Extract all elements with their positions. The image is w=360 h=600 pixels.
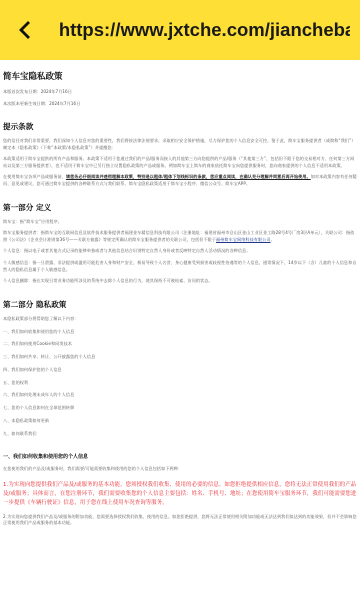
provider-pre: 简车宝服务提供者：指简车宝的互联网信息及软件技术服务提供者福建金车精信息科技有限… — [3, 230, 354, 242]
optional-info-notice: 2.为实现向您提供我们产品及/或服务的附加功能，您需要选择授权我们收集、使用的信… — [3, 514, 357, 527]
top-bar: https://www.jxtche.com/jianchebа... — [0, 0, 360, 60]
toc-item: 三、我们如何共享、转让、公开披露您的个人信息 — [3, 354, 357, 361]
intro-p3-emphasis: 请您务必仔细阅读并透彻理解本政策，特别是以粗体/粗体下划线标识的条款，您应重点阅… — [66, 174, 311, 179]
chevron-left-icon — [18, 21, 30, 39]
intro-paragraph-1: 您的信任对我们非常重要，我们深知个人信息对您的重要性，我们将按法律法规要求，采取… — [3, 138, 357, 151]
section-heading-part2: 第二部分 隐私政策 — [3, 299, 357, 310]
published-date: 本版首次发布日期：2024年7月16日 — [3, 89, 357, 95]
toc-item: 九、如何联系我们 — [3, 431, 357, 438]
toc-item: 八、本隐私政策如何更新 — [3, 418, 357, 425]
toc-item: 六、我们如何处理未成年人的个人信息 — [3, 392, 357, 399]
section-heading-part1: 第一部分 定义 — [3, 202, 357, 213]
toc-item: 四、我们如何保护您的个人信息 — [3, 367, 357, 374]
collect-intro: 在您使用我们的产品及/或服务时，我们需要/可能需要收集和使用的您的个人信息包括如… — [3, 466, 357, 473]
definition-provider: 简车宝服务提供者：指简车宝的互联网信息及软件技术服务提供者福建金车精信息科技有限… — [3, 230, 357, 243]
intro-paragraph-2: 本政策适用于简车宝提供的所有产品和服务。本政策不适用于您通过我们的产品/服务而接… — [3, 156, 357, 169]
intro-p3-pre: 在使用简车宝各项产品或服务前， — [3, 174, 66, 179]
required-info-notice: 1.为实现向您提供我们产品及/或服务的基本功能，您须授权我们收集、使用的必要的信… — [3, 481, 357, 509]
policy-content[interactable]: 简车宝隐私政策 本版首次发布日期：2024年7月16日 本次版本更新生效日期：2… — [0, 60, 360, 600]
table-of-contents: 本隐私政策部分将帮助您了解以下内容： 一、我们如何收集和使用您的个人信息 二、我… — [3, 316, 357, 438]
toc-intro: 本隐私政策部分将帮助您了解以下内容： — [3, 316, 357, 323]
document-title: 简车宝隐私政策 — [3, 70, 357, 82]
intro-paragraph-3: 在使用简车宝各项产品或服务前，请您务必仔细阅读并透彻理解本政策，特别是以粗体/粗… — [3, 174, 357, 187]
definition-app: 简车宝：指“简车宝”应用程序。 — [3, 219, 357, 226]
page-url-title: https://www.jxtche.com/jianchebа... — [59, 19, 350, 41]
toc-item: 一、我们如何收集和使用您的个人信息 — [3, 329, 357, 336]
toc-item: 七、您的个人信息如何在全球范围转移 — [3, 405, 357, 412]
provider-post: 。 — [271, 237, 275, 242]
toc-item: 五、您的权利 — [3, 380, 357, 387]
definition-sensitive-info: 个人敏感信息：指一旦泄露、非法提供或滥用可能危害人身和财产安全，极易导致个人名誉… — [3, 260, 357, 273]
definition-personal-info: 个人信息：指以电子或者其他方式记录的能够单独或者与其他信息结合识别特定自然人身份… — [3, 248, 357, 255]
company-link[interactable]: 福州简车宝网络科技有限公司 — [216, 237, 271, 242]
toc-item: 二、我们如何使用Cookie和同类技术 — [3, 341, 357, 348]
back-button[interactable] — [18, 20, 35, 40]
section-heading-collect: 一、我们如何收集和使用您的个人信息 — [3, 453, 357, 460]
definition-info-deletion: 个人信息删除：指在实现日常业务功能所涉及的系统中去除个人信息的行为，使其保持不可… — [3, 278, 357, 285]
effective-date: 本次版本更新生效日期：2024年7月16日 — [3, 101, 357, 107]
section-heading-intro: 提示条款 — [3, 121, 357, 132]
